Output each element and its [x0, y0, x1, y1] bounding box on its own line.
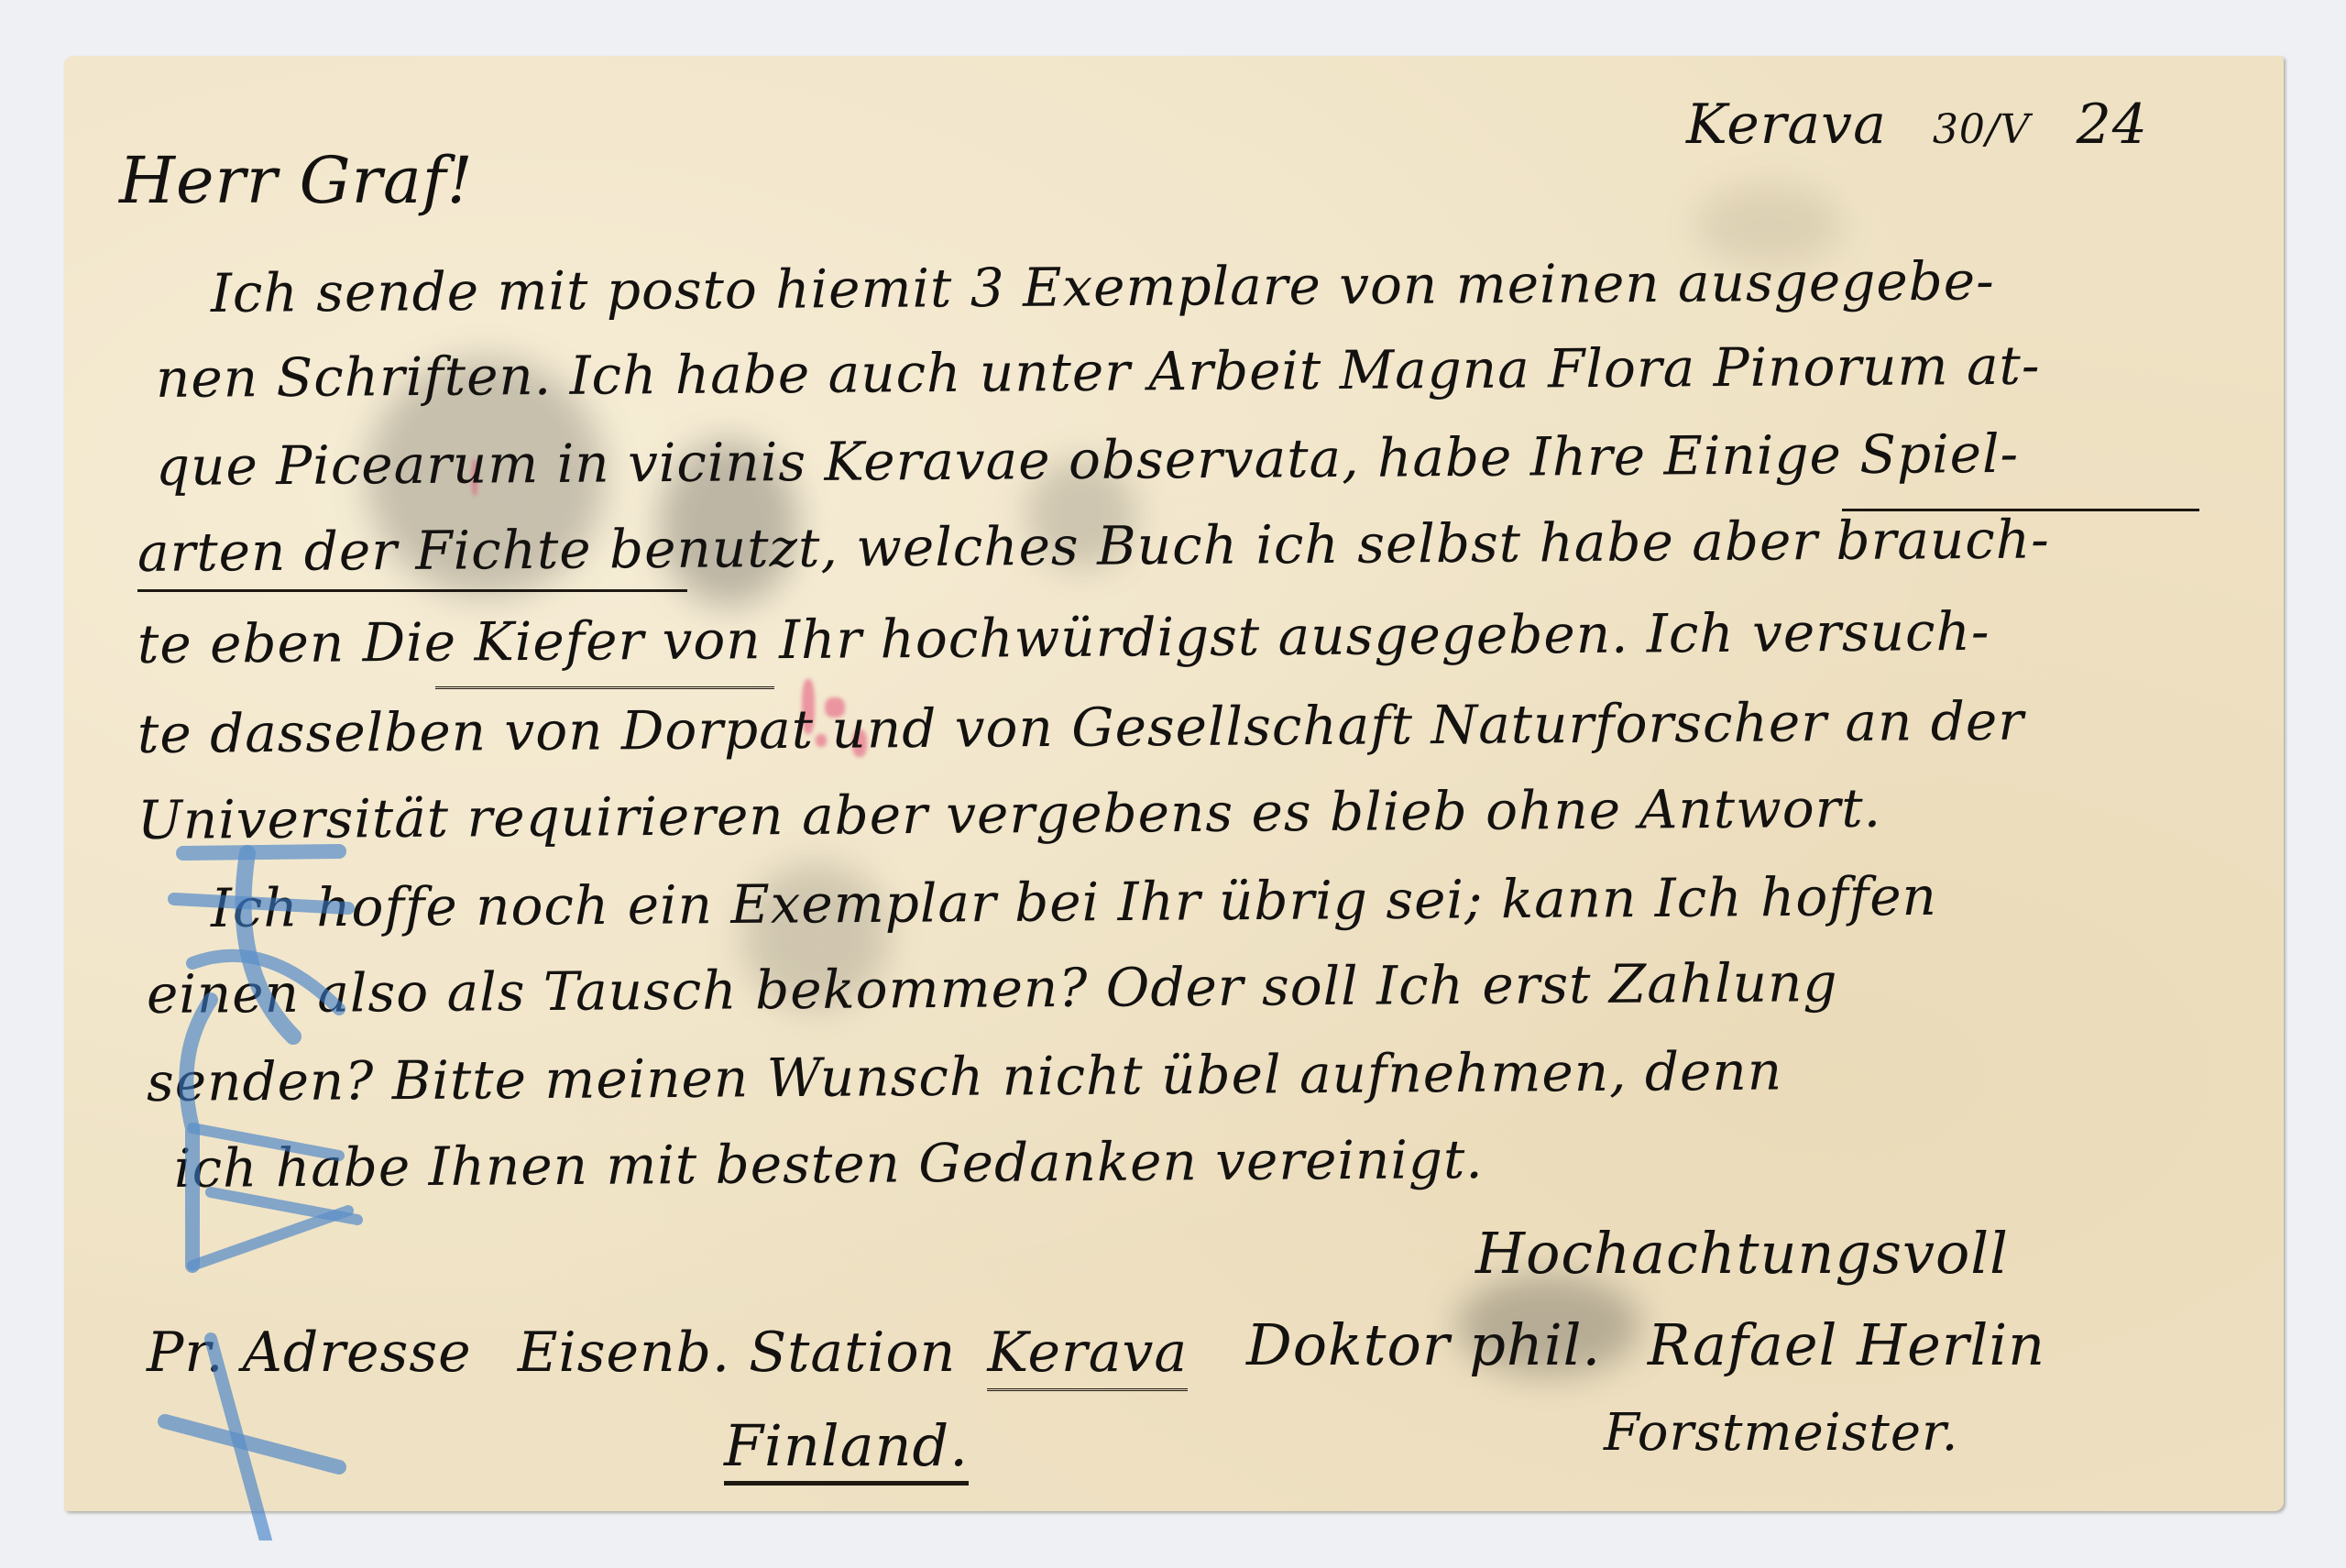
- body-line-4: arten der Fichte benutzt, welches Buch i…: [137, 508, 2050, 584]
- address-town: Kerava: [987, 1321, 1188, 1391]
- date-day-month: 30/V: [1933, 106, 2031, 153]
- body-line-3: que Picearum in vicinis Keravae observat…: [156, 422, 2020, 498]
- place: Kerava: [1686, 93, 1887, 157]
- body-line-8: Ich hoffe noch ein Exemplar bei Ihr übri…: [211, 865, 1937, 939]
- signature-title: Doktor phil.: [1246, 1311, 1601, 1378]
- underline-arten-der-fichte: [137, 587, 687, 592]
- address-country: Finland.: [724, 1412, 969, 1479]
- body-line-10: senden? Bitte meinen Wunsch nicht übel a…: [147, 1040, 1783, 1113]
- address-label: Pr. Adresse: [147, 1321, 472, 1385]
- underline-die-kiefer: [435, 679, 774, 689]
- address-station: Eisenb. Station: [518, 1321, 957, 1385]
- salutation: Herr Graf!: [119, 143, 474, 218]
- signature-line: Doktor phil. Rafael Herlin: [1246, 1311, 2045, 1378]
- body-line-6: te dasselben von Dorpat und von Gesellsc…: [137, 690, 2024, 765]
- body-line-1: Ich sende mit posto hiemit 3 Exemplare v…: [211, 249, 1995, 324]
- body-line-9: einen also als Tausch bekommen? Oder sol…: [147, 951, 1838, 1025]
- closing: Hochachtungsvoll: [1475, 1220, 2009, 1287]
- place-date: Kerava 30/V 24: [1686, 93, 2148, 157]
- body-line-7: Universität requirieren aber vergebens e…: [137, 777, 1882, 851]
- body-line-11: ich habe Ihnen mit besten Gedanken verei…: [174, 1128, 1484, 1200]
- signature-position: Forstmeister.: [1604, 1403, 1958, 1463]
- signature-name: Rafael Herlin: [1648, 1311, 2045, 1378]
- postcard: Kerava 30/V 24 Herr Graf! Ich sende mit …: [64, 56, 2284, 1511]
- body-line-2: nen Schriften. Ich habe auch unter Arbei…: [156, 334, 2041, 410]
- date-year: 24: [2077, 93, 2148, 157]
- body-line-5: te eben Die Kiefer von Ihr hochwürdigst …: [137, 600, 1990, 675]
- address-line: Pr. Adresse Eisenb. Station Kerava: [147, 1321, 1188, 1385]
